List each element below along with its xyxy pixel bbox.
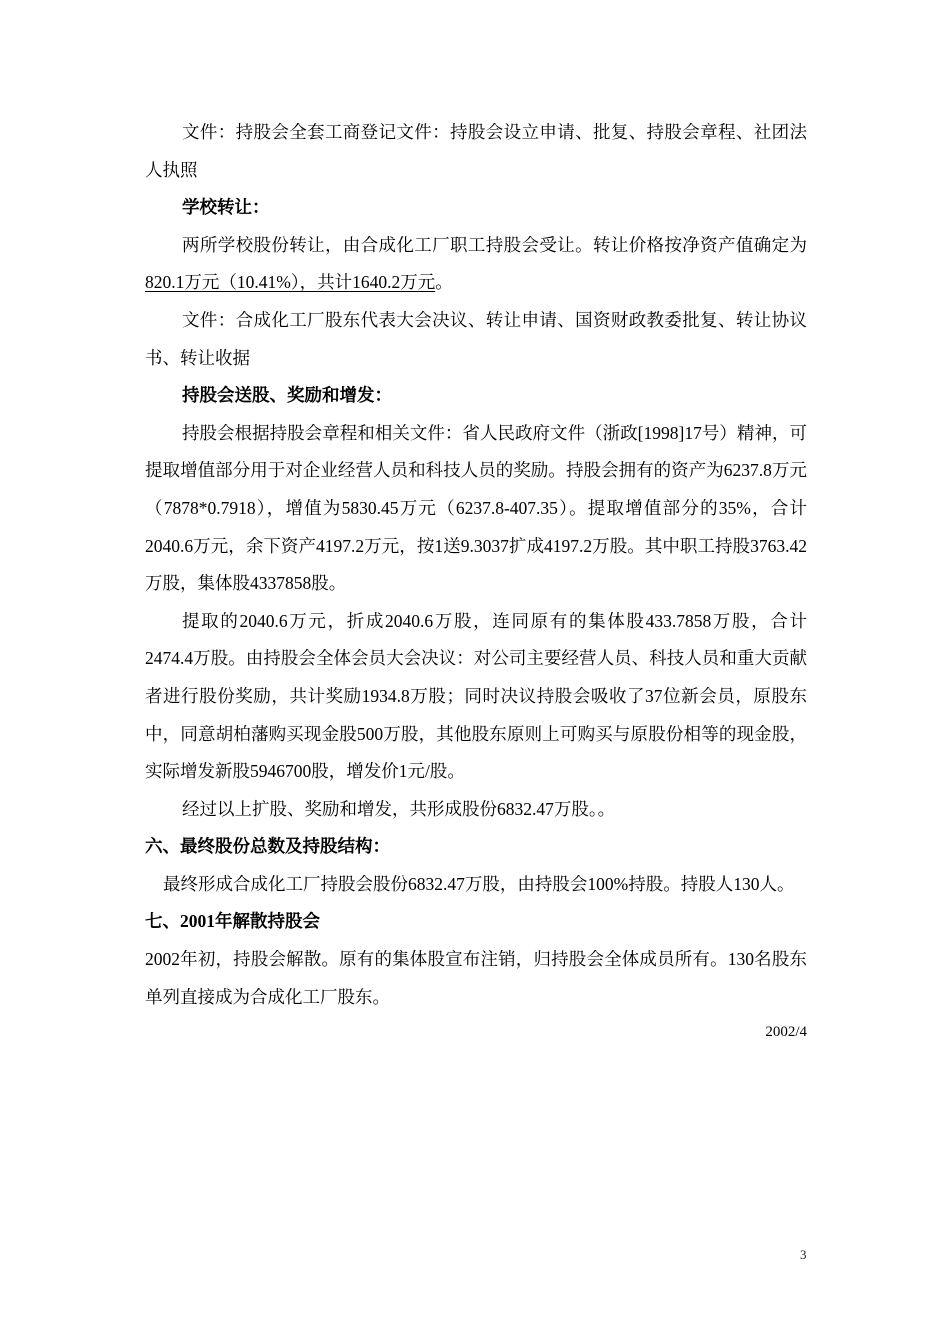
subheading-school-transfer: 学校转让： [145, 189, 807, 227]
school-transfer-text: 两所学校股份转让，由合成化工厂职工持股会受让。转让价格按净资产值确定为 [182, 235, 807, 255]
paragraph-school-transfer: 两所学校股份转让，由合成化工厂职工持股会受让。转让价格按净资产值确定为820.1… [145, 227, 807, 302]
paragraph-total-shares: 经过以上扩股、奖励和增发，共形成股份6832.47万股。。 [145, 791, 807, 829]
heading-section-seven: 七、2001年解散持股会 [145, 903, 807, 941]
underlined-transfer-amount: 820.1万元（10.41%），共计1640.2万元 [145, 272, 435, 292]
page-number: 3 [800, 1247, 807, 1263]
paragraph-asset-valuation: 持股会根据持股会章程和相关文件：省人民政府文件（浙政[1998]17号）精神，可… [145, 415, 807, 603]
document-date: 2002/4 [145, 1014, 807, 1052]
paragraph-share-rewards: 提取的2040.6万元，折成2040.6万股，连同原有的集体股433.7858万… [145, 603, 807, 791]
document-body: 文件：持股会全套工商登记文件：持股会设立申请、批复、持股会章程、社团法人执照 学… [145, 114, 807, 1052]
subheading-bonus-shares: 持股会送股、奖励和增发： [145, 377, 807, 415]
paragraph-transfer-files: 文件：合成化工厂股东代表大会决议、转让申请、国资财政教委批复、转让协议书、转让收… [145, 302, 807, 377]
document-page: 文件：持股会全套工商登记文件：持股会设立申请、批复、持股会章程、社团法人执照 学… [0, 0, 950, 1344]
paragraph-registration-files: 文件：持股会全套工商登记文件：持股会设立申请、批复、持股会章程、社团法人执照 [145, 114, 807, 189]
school-transfer-period: 。 [435, 272, 453, 292]
paragraph-dissolution: 2002年初，持股会解散。原有的集体股宣布注销，归持股会全体成员所有。130名股… [145, 941, 807, 1016]
paragraph-final-structure: 最终形成合成化工厂持股会股份6832.47万股，由持股会100%持股。持股人13… [145, 866, 807, 904]
heading-section-six: 六、最终股份总数及持股结构： [145, 828, 807, 866]
